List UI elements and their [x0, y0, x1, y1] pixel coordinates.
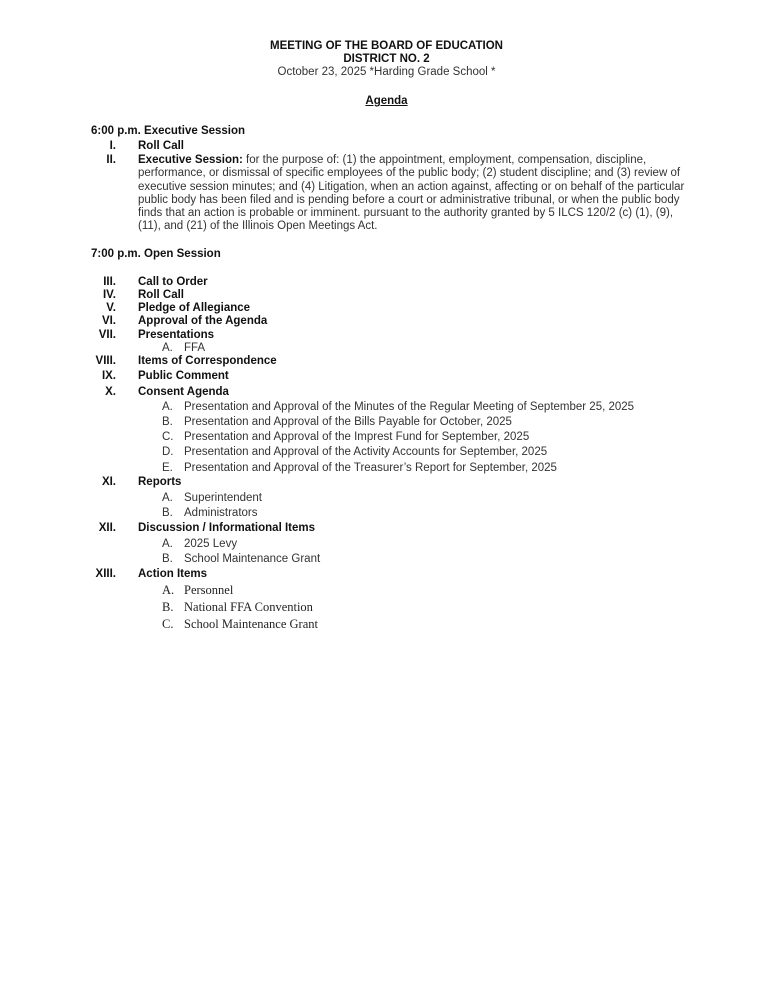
item-number: I. [80, 140, 116, 153]
subitem-text: Presentation and Approval of the Minutes… [184, 401, 634, 414]
item-number: XII. [80, 522, 116, 535]
item-number: IV. [80, 289, 116, 302]
item-number: VIII. [80, 355, 116, 368]
item-label: Action Items [138, 568, 207, 581]
subitem-text: Presentation and Approval of the Bills P… [184, 416, 512, 429]
item-label: Roll Call [138, 289, 184, 302]
subitem-text: Administrators [184, 507, 258, 520]
subitem-letter: C. [162, 431, 178, 444]
subitem-letter: E. [162, 462, 178, 475]
executive-session-description: Executive Session: for the purpose of: (… [138, 154, 698, 234]
item-number: IX. [80, 370, 116, 383]
subitem-text: Presentation and Approval of the Activit… [184, 446, 547, 459]
item-label: Executive Session: [138, 154, 243, 166]
subitem-text: FFA [184, 342, 205, 355]
subitem-text: 2025 Levy [184, 538, 237, 551]
subitem-letter: B. [162, 416, 178, 429]
agenda-heading: Agenda [0, 95, 773, 107]
document-header: MEETING OF THE BOARD OF EDUCATION DISTRI… [0, 40, 773, 79]
subitem-letter: D. [162, 446, 178, 459]
item-label: Consent Agenda [138, 386, 229, 399]
subitem-text: Presentation and Approval of the Treasur… [184, 462, 557, 475]
agenda-document: MEETING OF THE BOARD OF EDUCATION DISTRI… [0, 0, 773, 1000]
item-label: Call to Order [138, 276, 208, 289]
subitem-text: Personnel [184, 584, 233, 597]
subitem-text: Superintendent [184, 492, 262, 505]
item-number: II. [80, 154, 116, 167]
item-label: Pledge of Allegiance [138, 302, 250, 315]
item-label: Public Comment [138, 370, 229, 383]
item-number: XI. [80, 476, 116, 489]
subitem-letter: C. [162, 618, 178, 631]
item-number: XIII. [80, 568, 116, 581]
subitem-text: National FFA Convention [184, 601, 313, 614]
district-name: DISTRICT NO. 2 [0, 53, 773, 66]
subitem-letter: B. [162, 553, 178, 566]
item-number: VI. [80, 315, 116, 328]
subitem-text: School Maintenance Grant [184, 553, 320, 566]
subitem-letter: A. [162, 538, 178, 551]
subitem-letter: B. [162, 507, 178, 520]
item-number: VII. [80, 329, 116, 342]
item-label: Approval of the Agenda [138, 315, 267, 328]
item-number: X. [80, 386, 116, 399]
subitem-text: Presentation and Approval of the Imprest… [184, 431, 529, 444]
item-label: Discussion / Informational Items [138, 522, 315, 535]
subitem-letter: A. [162, 584, 178, 597]
executive-session-heading: 6:00 p.m. Executive Session [91, 125, 245, 137]
subitem-letter: B. [162, 601, 178, 614]
meeting-title: MEETING OF THE BOARD OF EDUCATION [0, 40, 773, 53]
subitem-letter: A. [162, 401, 178, 414]
meeting-date-location: October 23, 2025 *Harding Grade School * [0, 66, 773, 79]
subitem-text: School Maintenance Grant [184, 618, 318, 631]
item-label: Reports [138, 476, 181, 489]
item-number: V. [80, 302, 116, 315]
item-label: Items of Correspondence [138, 355, 277, 368]
subitem-letter: A. [162, 492, 178, 505]
subitem-letter: A. [162, 342, 178, 355]
item-label: Presentations [138, 329, 214, 342]
open-session-heading: 7:00 p.m. Open Session [91, 248, 221, 260]
item-number: III. [80, 276, 116, 289]
item-label: Roll Call [138, 140, 184, 153]
